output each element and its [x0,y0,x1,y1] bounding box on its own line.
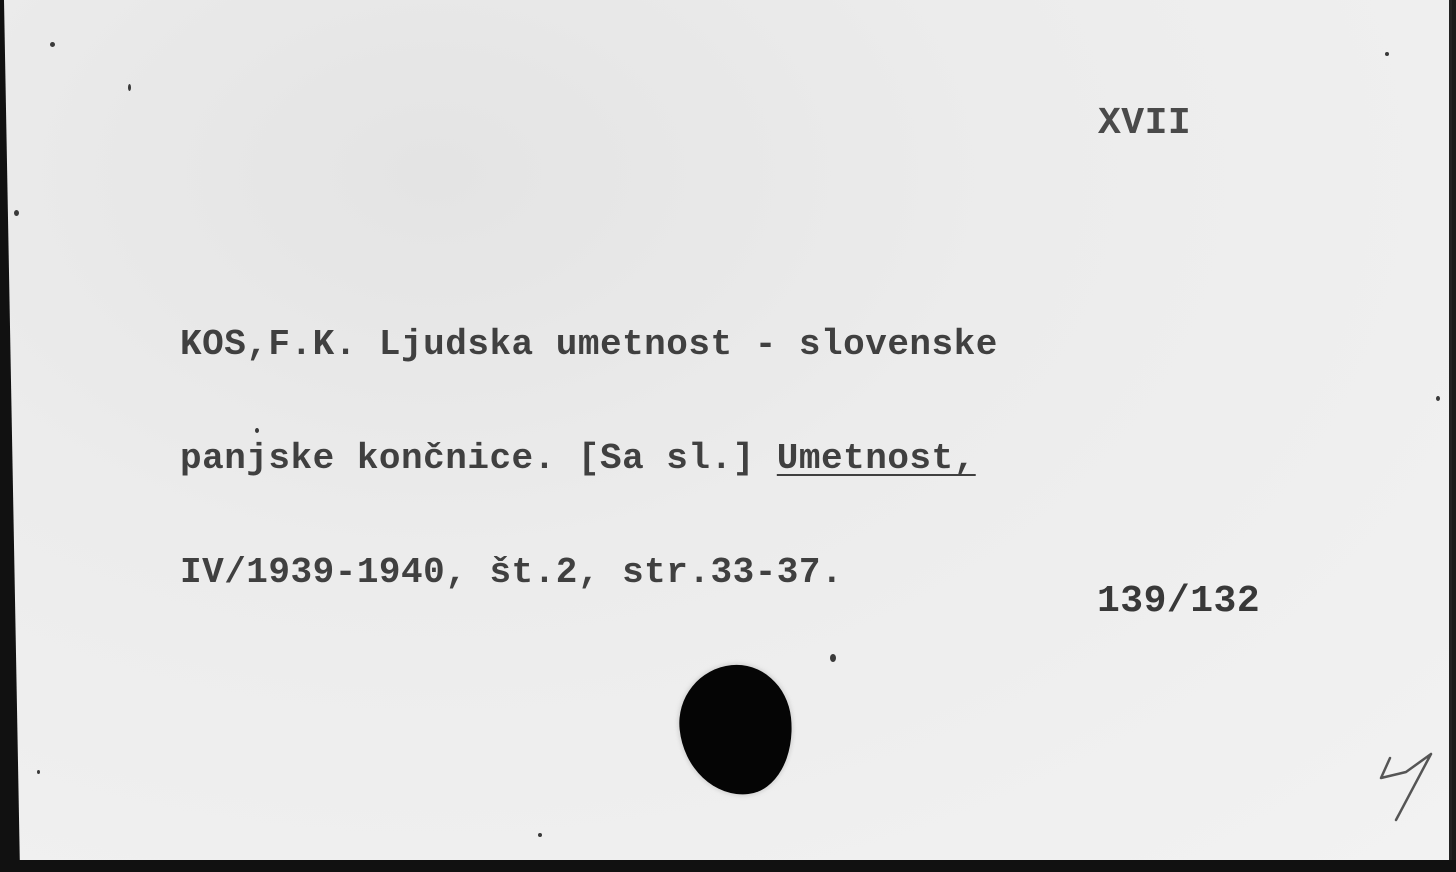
speck [1385,52,1389,56]
entry-line-2: panjske končnice. [Sa sl.] Umetnost, [180,440,998,478]
speck [128,84,131,91]
speck [14,210,19,216]
speck [538,833,542,837]
handwritten-mark-icon [1376,752,1436,822]
entry-line-2-text: panjske končnice. [Sa sl.] [180,438,777,479]
journal-title: Umetnost, [777,438,976,479]
card-bottom-edge [0,860,1456,872]
bibliographic-entry: KOS,F.K. Ljudska umetnost - slovenske pa… [180,250,998,668]
entry-line-3: IV/1939-1940, št.2, str.33-37. [180,554,998,592]
speck [50,42,55,47]
catalog-card: XVII KOS,F.K. Ljudska umetnost - slovens… [0,0,1452,866]
call-number: 139/132 [1097,580,1260,623]
speck [37,770,40,774]
speck [255,428,259,433]
punch-hole-icon [674,660,799,801]
speck [1436,396,1440,401]
section-number: XVII [1098,102,1191,145]
entry-line-1: KOS,F.K. Ljudska umetnost - slovenske [180,326,998,364]
speck [830,654,836,662]
